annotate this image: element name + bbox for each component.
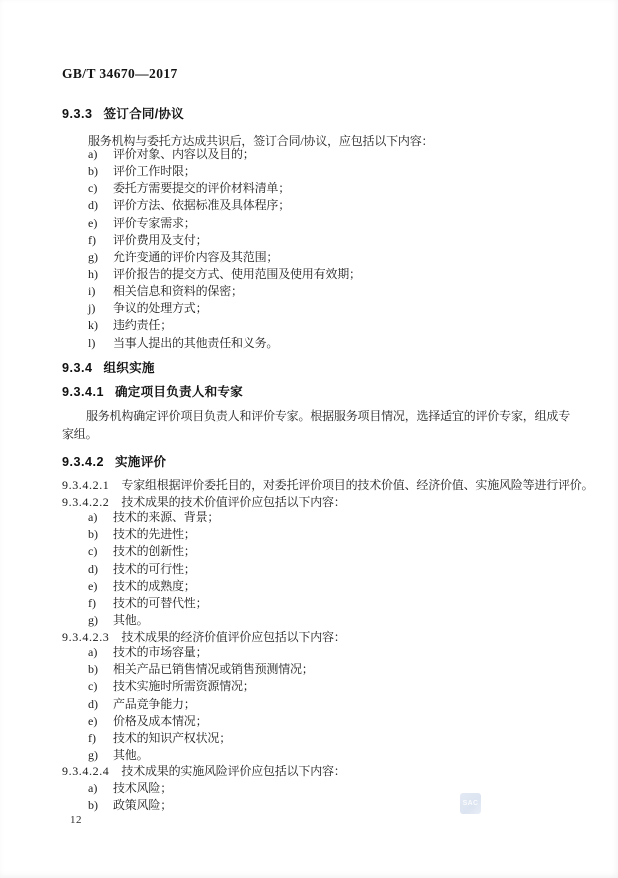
paragraph-9-3-4-1: 服务机构确定评价项目负责人和评价专家。根据服务项目情况，选择适宜的评价专家，组成…	[62, 407, 570, 443]
section-title: 签订合同/协议	[104, 107, 184, 121]
section-title: 组织实施	[104, 361, 155, 375]
item-letter: a)	[88, 510, 113, 525]
list-9-3-4-2-2: a)技术的来源、背景； b)技术的先进性； c)技术的创新性； d)技术的可行性…	[88, 508, 219, 628]
item-text: 技术的可行性；	[113, 560, 196, 577]
section-title: 实施评价	[115, 455, 166, 469]
list-item: f)技术的可替代性；	[88, 594, 219, 611]
list-item: c)技术实施时所需资源情况；	[88, 677, 314, 694]
clause-text: 技术成果的技术价值评价应包括以下内容：	[121, 495, 345, 509]
item-text: 相关信息和资料的保密；	[113, 282, 243, 299]
clause-number: 9.3.4.2.1	[62, 478, 109, 492]
section-number: 9.3.4	[62, 361, 93, 375]
list-item: j)争议的处理方式；	[88, 299, 361, 316]
item-text: 技术的先进性；	[113, 525, 196, 542]
clause-text: 技术成果的实施风险评价应包括以下内容：	[121, 764, 345, 778]
item-text: 评价对象、内容以及目的；	[113, 145, 255, 162]
clause-text: 技术成果的经济价值评价应包括以下内容：	[121, 630, 345, 644]
list-item: a)技术风险；	[88, 779, 172, 796]
section-number: 9.3.3	[62, 107, 93, 121]
item-letter: a)	[88, 781, 113, 796]
section-heading-9-3-4-1: 9.3.4.1确定项目负责人和专家	[62, 381, 243, 400]
item-text: 价格及成本情况；	[113, 712, 207, 729]
list-item: i)相关信息和资料的保密；	[88, 282, 361, 299]
item-text: 技术的创新性；	[113, 542, 196, 559]
list-item: c)委托方需要提交的评价材料清单；	[88, 179, 361, 196]
list-item: b)相关产品已销售情况或销售预测情况；	[88, 660, 314, 677]
list-item: c)技术的创新性；	[88, 542, 219, 559]
list-item: e)评价专家需求；	[88, 214, 361, 231]
list-item: d)产品竞争能力；	[88, 695, 314, 712]
section-heading-9-3-4: 9.3.4组织实施	[62, 357, 155, 376]
item-letter: g)	[88, 250, 113, 265]
item-letter: e)	[88, 579, 113, 594]
item-text: 评价费用及支付；	[113, 231, 207, 248]
item-letter: e)	[88, 216, 113, 231]
section-number: 9.3.4.2	[62, 455, 104, 469]
section-heading-9-3-4-2: 9.3.4.2实施评价	[62, 451, 166, 470]
item-text: 评价工作时限；	[113, 162, 196, 179]
item-letter: f)	[88, 596, 113, 611]
item-letter: c)	[88, 181, 113, 196]
list-item: h)评价报告的提交方式、使用范围及使用有效期；	[88, 265, 361, 282]
standard-document-page: GB/T 34670—2017 9.3.3签订合同/协议 服务机构与委托方达成共…	[0, 0, 618, 878]
list-item: g)其他。	[88, 746, 314, 763]
section-number: 9.3.4.1	[62, 385, 104, 399]
item-text: 允许变通的评价内容及其范围；	[113, 248, 278, 265]
document-number-header: GB/T 34670—2017	[62, 66, 178, 82]
list-item: l)当事人提出的其他责任和义务。	[88, 334, 361, 351]
item-letter: d)	[88, 697, 113, 712]
item-letter: b)	[88, 164, 113, 179]
item-text: 技术的知识产权状况；	[113, 729, 231, 746]
item-text: 技术的来源、背景；	[113, 508, 219, 525]
list-item: g)其他。	[88, 611, 219, 628]
item-letter: c)	[88, 679, 113, 694]
list-item: a)技术的来源、背景；	[88, 508, 219, 525]
clause-text: 专家组根据评价委托目的，对委托评价项目的技术价值、经济价值、实施风险等进行评价。	[121, 478, 593, 492]
list-item: a)技术的市场容量；	[88, 643, 314, 660]
item-text: 评价方法、依据标准及具体程序；	[113, 196, 290, 213]
item-letter: d)	[88, 562, 113, 577]
item-text: 其他。	[113, 746, 148, 763]
item-text: 相关产品已销售情况或销售预测情况；	[113, 660, 314, 677]
item-text: 争议的处理方式；	[113, 299, 207, 316]
item-letter: e)	[88, 714, 113, 729]
item-letter: j)	[88, 301, 113, 316]
list-item: e)技术的成熟度；	[88, 577, 219, 594]
item-letter: k)	[88, 318, 113, 333]
list-9-3-4-2-4: a)技术风险； b)政策风险；	[88, 779, 172, 813]
list-item: b)政策风险；	[88, 796, 172, 813]
clause-9-3-4-2-1: 9.3.4.2.1专家组根据评价委托目的，对委托评价项目的技术价值、经济价值、实…	[62, 476, 593, 493]
list-item: f)评价费用及支付；	[88, 231, 361, 248]
list-9-3-3: a)评价对象、内容以及目的； b)评价工作时限； c)委托方需要提交的评价材料清…	[88, 145, 361, 351]
item-text: 技术的市场容量；	[113, 643, 207, 660]
clause-9-3-4-2-4: 9.3.4.2.4技术成果的实施风险评价应包括以下内容：	[62, 762, 346, 779]
item-text: 评价专家需求；	[113, 214, 196, 231]
list-item: a)评价对象、内容以及目的；	[88, 145, 361, 162]
clause-number: 9.3.4.2.2	[62, 495, 109, 509]
item-letter: b)	[88, 662, 113, 677]
item-text: 评价报告的提交方式、使用范围及使用有效期；	[113, 265, 361, 282]
item-text: 其他。	[113, 611, 148, 628]
item-text: 违约责任；	[113, 316, 172, 333]
item-text: 委托方需要提交的评价材料清单；	[113, 179, 290, 196]
item-letter: g)	[88, 613, 113, 628]
publisher-watermark-badge: SAC	[460, 793, 481, 814]
item-letter: a)	[88, 645, 113, 660]
list-item: b)评价工作时限；	[88, 162, 361, 179]
item-text: 技术的可替代性；	[113, 594, 207, 611]
list-item: k)违约责任；	[88, 316, 361, 333]
list-9-3-4-2-3: a)技术的市场容量； b)相关产品已销售情况或销售预测情况； c)技术实施时所需…	[88, 643, 314, 763]
list-item: b)技术的先进性；	[88, 525, 219, 542]
item-text: 产品竞争能力；	[113, 695, 196, 712]
item-letter: d)	[88, 198, 113, 213]
list-item: f)技术的知识产权状况；	[88, 729, 314, 746]
section-title: 确定项目负责人和专家	[115, 385, 243, 399]
item-letter: c)	[88, 544, 113, 559]
item-letter: g)	[88, 748, 113, 763]
item-letter: f)	[88, 233, 113, 248]
item-letter: b)	[88, 798, 113, 813]
item-text: 技术的成熟度；	[113, 577, 196, 594]
list-item: d)评价方法、依据标准及具体程序；	[88, 196, 361, 213]
item-text: 技术风险；	[113, 779, 172, 796]
item-letter: b)	[88, 527, 113, 542]
item-letter: l)	[88, 336, 113, 351]
clause-number: 9.3.4.2.4	[62, 764, 109, 778]
list-item: e)价格及成本情况；	[88, 712, 314, 729]
item-letter: i)	[88, 284, 113, 299]
item-letter: a)	[88, 147, 113, 162]
section-heading-9-3-3: 9.3.3签订合同/协议	[62, 103, 184, 122]
item-text: 当事人提出的其他责任和义务。	[113, 334, 278, 351]
clause-number: 9.3.4.2.3	[62, 630, 109, 644]
list-item: g)允许变通的评价内容及其范围；	[88, 248, 361, 265]
item-letter: h)	[88, 267, 113, 282]
item-letter: f)	[88, 731, 113, 746]
item-text: 政策风险；	[113, 796, 172, 813]
list-item: d)技术的可行性；	[88, 560, 219, 577]
item-text: 技术实施时所需资源情况；	[113, 677, 255, 694]
page-number: 12	[70, 814, 82, 826]
